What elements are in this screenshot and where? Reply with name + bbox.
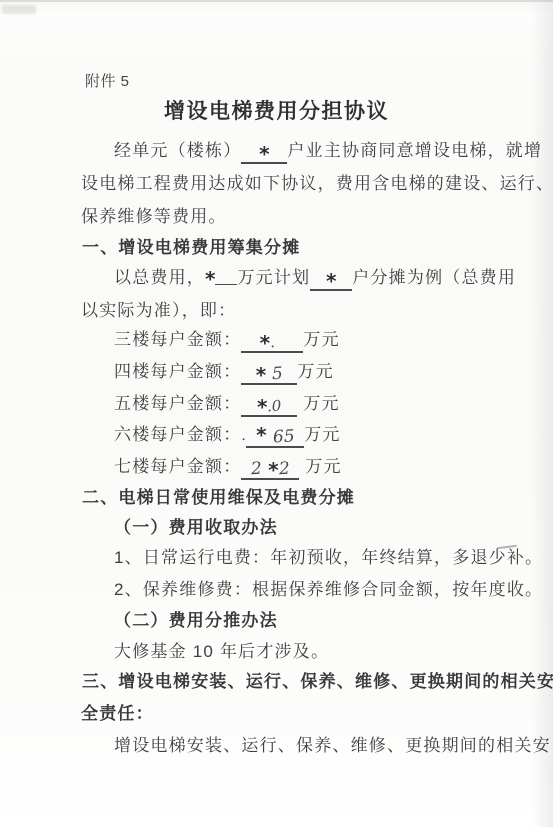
total-cost-mid: 万元计划 — [237, 268, 310, 287]
intro-line-3: 保养维修等费用。 — [81, 202, 227, 227]
blank-unit-households: * — [241, 144, 287, 164]
redaction-asterisk: * — [205, 267, 215, 291]
redaction-asterisk: * — [326, 269, 336, 293]
redaction-asterisk: * — [256, 363, 266, 387]
section-1-para-line-1: 以总费用，*万元计划*户分摊为例（总费用 — [114, 263, 516, 291]
section-2-item-2: 2、保养维修费：根据保养维修合同金额，按年度收。 — [114, 575, 543, 600]
section-2-note: 大修基金 10 年后才涉及。 — [114, 637, 329, 662]
floor-label: 六楼每户金额： — [114, 425, 241, 444]
blank-household-count: * — [310, 271, 352, 291]
section-3-heading-line-2: 全责任： — [81, 699, 154, 724]
total-cost-post: 户分摊为例（总费用 — [352, 268, 516, 287]
handwritten-amount: ． — [270, 335, 286, 350]
floor-label: 七楼每户金额： — [114, 457, 241, 476]
unit-label: 万元 — [305, 457, 341, 476]
unit-label: 万元 — [304, 425, 340, 444]
unit-label: 万元 — [297, 362, 333, 381]
handwritten-amount: 2 — [251, 462, 263, 477]
blank-total-cost — [215, 266, 237, 285]
blank-floor-7-amount: 2 *2 — [241, 460, 299, 480]
scan-artifact — [2, 5, 36, 14]
section-2-sub-1: （一）费用收取办法 — [114, 513, 278, 538]
floor-label: 五楼每户金额： — [114, 394, 241, 413]
intro-line-1-post: 户业主协商同意增设电梯，就增 — [287, 141, 542, 160]
scanned-document-page: 附件 5 增设电梯费用分担协议 经单元（楼栋）*户业主协商同意增设电梯，就增 设… — [0, 0, 553, 827]
handwritten-amount: 5 — [272, 367, 284, 382]
unit-label: 万元 — [303, 330, 339, 349]
handwritten-amount: 65 — [272, 429, 294, 444]
section-1-heading: 一、增设电梯费用筹集分摊 — [82, 233, 300, 258]
section-3-heading-line-1: 三、增设电梯安装、运行、保养、维修、更换期间的相关安 — [82, 667, 553, 692]
redaction-asterisk: * — [259, 142, 269, 166]
floor-amount-row: 七楼每户金额：2 *2 万元 — [114, 452, 342, 480]
section-2-item-1: 1、日常运行电费：年初预收，年终结算，多退少补。 — [114, 543, 543, 568]
redaction-asterisk: * — [260, 331, 270, 355]
section-1-para-line-2: 以实际为准），即： — [81, 296, 236, 321]
floor-amount-row: 三楼每户金额：*．万元 — [114, 325, 340, 353]
blank-floor-4-amount: * 5 — [241, 365, 297, 385]
attachment-label: 附件 5 — [85, 70, 130, 91]
intro-line-1: 经单元（楼栋）*户业主协商同意增设电梯，就增 — [114, 136, 542, 164]
section-2-sub-2: （二）费用分推办法 — [114, 606, 278, 631]
floor-label: 三楼每户金额： — [114, 330, 241, 349]
unit-label: 万元 — [303, 394, 339, 413]
handwritten-amount: .0 — [267, 399, 282, 414]
blank-floor-5-amount: *.0 — [241, 397, 297, 417]
floor-amount-row: 四楼每户金额：* 5万元 — [114, 357, 334, 385]
redaction-asterisk: * — [268, 458, 278, 482]
floor-label: 四楼每户金额： — [114, 362, 241, 381]
blank-floor-3-amount: *． — [241, 333, 303, 353]
document-title: 增设电梯费用分担协议 — [0, 95, 553, 125]
section-2-heading: 二、电梯日常使用维保及电费分摊 — [82, 483, 355, 508]
intro-line-2: 设电梯工程费用达成如下协议，费用含电梯的建设、运行、 — [81, 169, 553, 194]
handwritten-amount: 2 — [278, 462, 290, 477]
floor-amount-row: 五楼每户金额：*.0 万元 — [114, 389, 340, 417]
scan-top-edge — [0, 0, 553, 2]
redaction-asterisk: * — [256, 423, 266, 447]
section-3-para-line-1: 增设电梯安装、运行、保养、维修、更换期间的相关安 — [114, 731, 551, 756]
intro-line-1-pre: 经单元（楼栋） — [114, 141, 241, 160]
total-cost-pre: 以总费用， — [114, 268, 205, 287]
floor-amount-row: 六楼每户金额：.* 65万元 — [114, 420, 341, 448]
blank-floor-6-amount: * 65 — [246, 428, 304, 448]
